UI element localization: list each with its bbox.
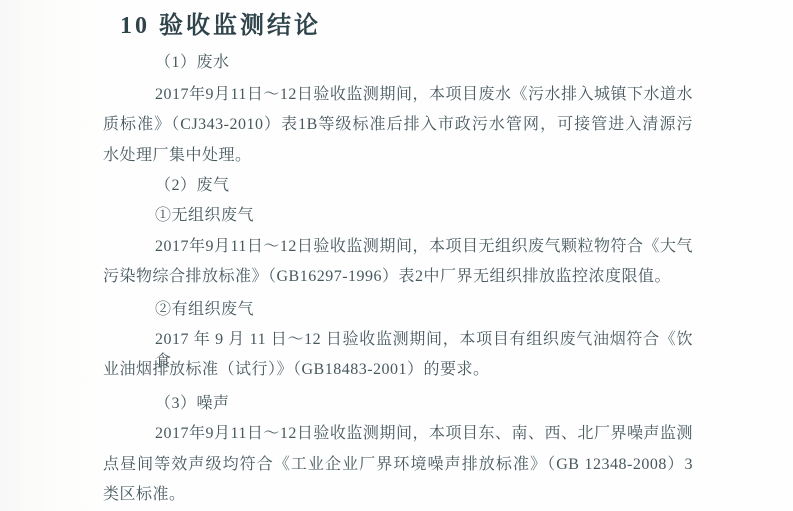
paragraph-line: 污染物综合排放标准》（GB16297-1996）表2中厂界无组织排放监控浓度限值… [103, 266, 693, 288]
subheading-waste-gas: （2）废气 [155, 175, 693, 197]
paragraph-line: 2017年9月11日～12日验收监测期间，本项目东、南、西、北厂界噪声监测 [155, 423, 693, 445]
paragraph-line: 质标准》（CJ343-2010）表1B等级标准后排入市政污水管网，可接管进入清源… [103, 114, 693, 136]
subheading-noise: （3）噪声 [155, 393, 693, 415]
paragraph-line: 2017年9月11日～12日验收监测期间，本项目废水《污水排入城镇下水道水 [155, 84, 693, 106]
paragraph-line: 水处理厂集中处理。 [103, 145, 693, 167]
paragraph-line: 业油烟排放标准（试行）》（GB18483-2001）的要求。 [103, 359, 693, 381]
subheading-fugitive-gas: ①无组织废气 [155, 205, 693, 227]
paragraph-line: 类区标准。 [103, 484, 693, 506]
document-page: 10 验收监测结论 （1）废水 2017年9月11日～12日验收监测期间，本项目… [0, 0, 793, 511]
paragraph-line: 2017年9月11日～12日验收监测期间，本项目无组织废气颗粒物符合《大气 [155, 236, 693, 258]
subheading-organized-gas: ②有组织废气 [155, 299, 693, 321]
section-heading: 10 验收监测结论 [120, 5, 321, 40]
paragraph-line: 点昼间等效声级均符合《工业企业厂界环境噪声排放标准》（GB 12348-2008… [103, 454, 693, 476]
subheading-wastewater: （1）废水 [155, 52, 693, 74]
